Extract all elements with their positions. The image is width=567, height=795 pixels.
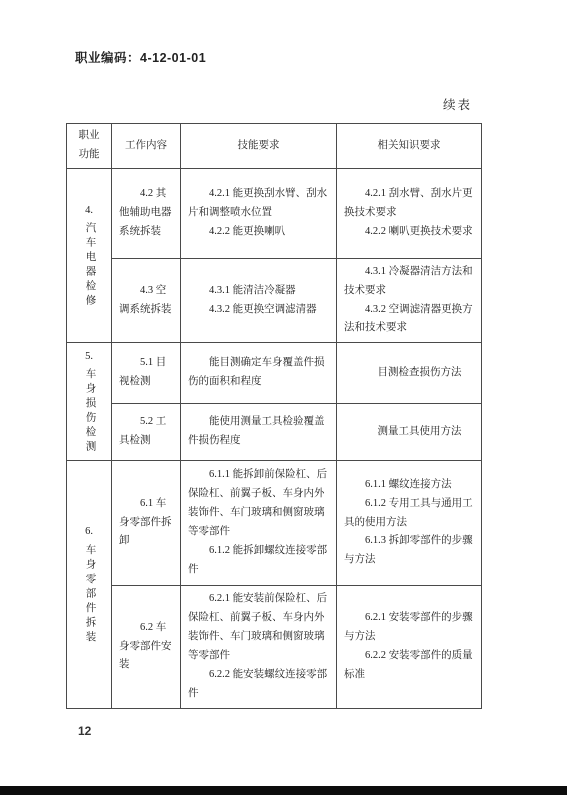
continued-table-label: 续表 (443, 95, 472, 113)
cell-knowledge-requirements: 4.3.1 冷凝器清洁方法和技术要求 4.3.2 空调滤清器更换方法和技术要求 (337, 259, 482, 343)
cell-knowledge-requirements: 6.2.1 安装零部件的步骤与方法 6.2.2 安装零部件的质量标准 (337, 586, 482, 709)
function-label-vertical: 4. 汽车电器检修 (74, 202, 104, 310)
occupation-standard-table: 职业功能 工作内容 技能要求 相关知识要求 4. 汽车电器检修 4.2 其他辅助… (66, 123, 482, 709)
cell-skill-requirements: 6.2.1 能安装前保险杠、后保险杠、前翼子板、车身内外装饰件、车门玻璃和侧窗玻… (181, 586, 337, 709)
cell-skill-requirements: 能使用测量工具检验覆盖件损伤程度 (181, 404, 337, 461)
cell-skill-requirements: 4.2.1 能更换刮水臂、刮水片和调整喷水位置 4.2.2 能更换喇叭 (181, 169, 337, 259)
function-name: 车身损伤检测 (80, 368, 99, 455)
table-row: 6. 车身零部件拆装 6.1 车身零部件拆卸 6.1.1 能拆卸前保险杠、后保险… (67, 461, 482, 586)
cell-work-content: 6.2 车身零部件安装 (112, 586, 181, 709)
function-name: 车身零部件拆装 (80, 544, 99, 646)
cell-function-5: 5. 车身损伤检测 (67, 343, 112, 461)
cell-knowledge-requirements: 4.2.1 刮水臂、刮水片更换技术要求 4.2.2 喇叭更换技术要求 (337, 169, 482, 259)
cell-work-content: 5.1 目视检测 (112, 343, 181, 404)
cell-knowledge-requirements: 目测检查损伤方法 (337, 343, 482, 404)
function-number: 5. (85, 348, 93, 367)
column-header-work-content: 工作内容 (112, 124, 181, 169)
cell-function-4: 4. 汽车电器检修 (67, 169, 112, 343)
cell-knowledge-requirements: 测量工具使用方法 (337, 404, 482, 461)
cell-skill-requirements: 能目测确定车身覆盖件损伤的面积和程度 (181, 343, 337, 404)
table-row: 4. 汽车电器检修 4.2 其他辅助电器系统拆装 4.2.1 能更换刮水臂、刮水… (67, 169, 482, 259)
cell-knowledge-requirements: 6.1.1 螺纹连接方法 6.1.2 专用工具与通用工具的使用方法 6.1.3 … (337, 461, 482, 586)
table-row: 5.2 工具检测 能使用测量工具检验覆盖件损伤程度 测量工具使用方法 (67, 404, 482, 461)
column-header-function: 职业功能 (67, 124, 112, 169)
cell-function-6: 6. 车身零部件拆装 (67, 461, 112, 709)
table-header-row: 职业功能 工作内容 技能要求 相关知识要求 (67, 124, 482, 169)
cell-work-content: 6.1 车身零部件拆卸 (112, 461, 181, 586)
function-number: 6. (85, 523, 93, 542)
cell-skill-requirements: 6.1.1 能拆卸前保险杠、后保险杠、前翼子板、车身内外装饰件、车门玻璃和侧窗玻… (181, 461, 337, 586)
page-number: 12 (78, 724, 91, 738)
cell-work-content: 4.3 空调系统拆装 (112, 259, 181, 343)
function-label-vertical: 6. 车身零部件拆装 (74, 523, 104, 645)
cell-work-content: 5.2 工具检测 (112, 404, 181, 461)
column-header-knowledge-requirements: 相关知识要求 (337, 124, 482, 169)
occupation-code: 职业编码：4-12-01-01 (75, 48, 206, 66)
bottom-black-bar (0, 786, 567, 795)
table-row: 5. 车身损伤检测 5.1 目视检测 能目测确定车身覆盖件损伤的面积和程度 目测… (67, 343, 482, 404)
table-row: 4.3 空调系统拆装 4.3.1 能清洁冷凝器 4.3.2 能更换空调滤清器 4… (67, 259, 482, 343)
table-row: 6.2 车身零部件安装 6.2.1 能安装前保险杠、后保险杠、前翼子板、车身内外… (67, 586, 482, 709)
function-label-vertical: 5. 车身损伤检测 (74, 348, 104, 456)
function-number: 4. (85, 202, 93, 221)
column-header-skill-requirements: 技能要求 (181, 124, 337, 169)
cell-work-content: 4.2 其他辅助电器系统拆装 (112, 169, 181, 259)
function-name: 汽车电器检修 (80, 222, 99, 309)
cell-skill-requirements: 4.3.1 能清洁冷凝器 4.3.2 能更换空调滤清器 (181, 259, 337, 343)
document-page: { "theme": { "line_color": "#4a4a4a", "t… (0, 0, 567, 795)
